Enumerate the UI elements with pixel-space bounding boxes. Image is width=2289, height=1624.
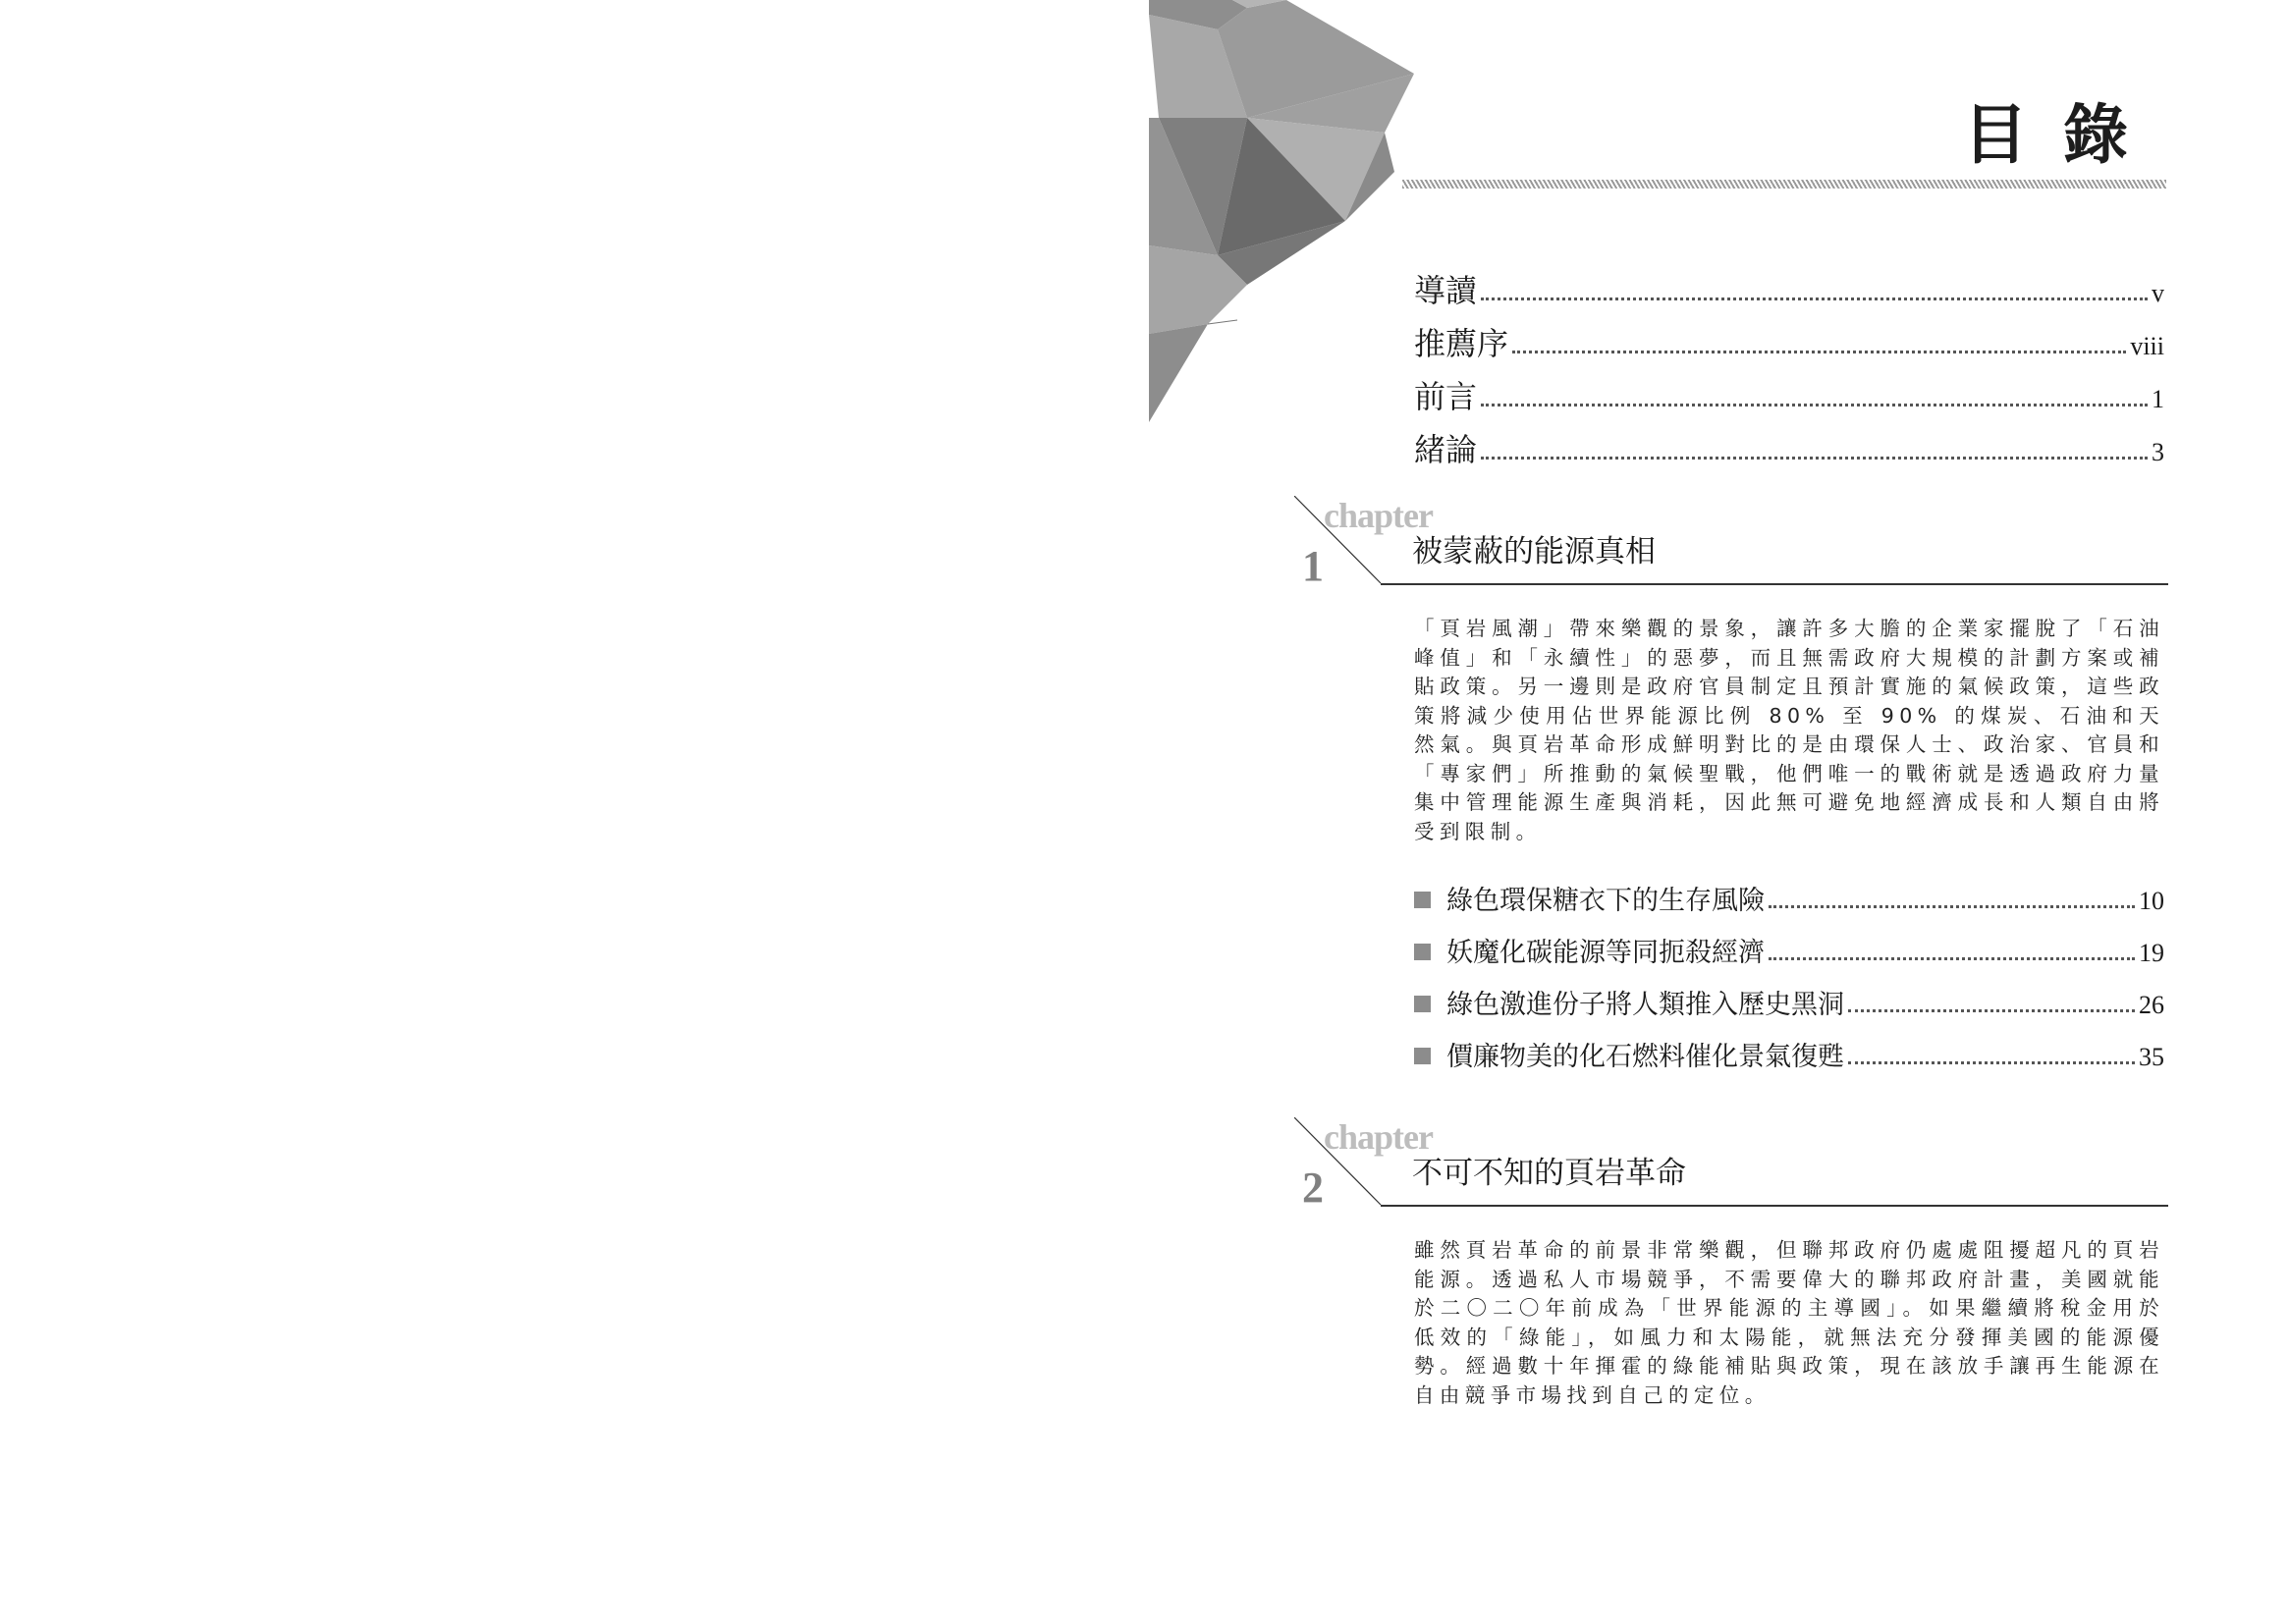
section-page: 26 — [2139, 993, 2164, 1018]
toc-item-page: 1 — [2152, 387, 2164, 412]
dot-leader — [1769, 957, 2135, 960]
polygon-art-decoration — [1149, 0, 1444, 422]
section-label: 綠色激進份子將人類推入歷史黑洞 — [1446, 992, 1844, 1018]
dot-leader — [1512, 351, 2126, 353]
chapter-title: 被蒙蔽的能源真相 — [1412, 537, 1656, 568]
chapter-word: chapter — [1324, 1119, 1433, 1155]
toc-section-item[interactable]: 妖魔化碳能源等同扼殺經濟 19 — [1414, 914, 2164, 966]
toc-section-item[interactable]: 價廉物美的化石燃料催化景氣復甦 35 — [1414, 1018, 2164, 1070]
chapter-1-block: chapter 1 被蒙蔽的能源真相 「頁岩風潮」帶來樂觀的景象，讓許多大膽的企… — [1294, 496, 2168, 1070]
toc-item-page: 3 — [2152, 440, 2164, 465]
chapter-heading[interactable]: chapter 1 被蒙蔽的能源真相 — [1294, 496, 2168, 599]
section-page: 35 — [2139, 1045, 2164, 1070]
toc-item-label: 前言 — [1414, 381, 1477, 412]
toc-item-preface[interactable]: 前言 1 — [1414, 359, 2164, 412]
toc-item-label: 推薦序 — [1414, 328, 1508, 359]
toc-item-page: v — [2152, 281, 2164, 306]
square-bullet-icon — [1414, 892, 1431, 908]
title-hatch-divider — [1402, 180, 2166, 189]
chapter-number: 2 — [1302, 1166, 1324, 1210]
section-page: 10 — [2139, 889, 2164, 914]
dot-leader — [1769, 905, 2135, 908]
toc-section-item[interactable]: 綠色環保糖衣下的生存風險 10 — [1414, 862, 2164, 914]
dot-leader — [1481, 457, 2148, 460]
chapter-word: chapter — [1324, 498, 1433, 533]
dot-leader — [1481, 298, 2148, 300]
chapter-2-block: chapter 2 不可不知的頁岩革命 雖然頁岩革命的前景非常樂觀，但聯邦政府仍… — [1294, 1117, 2168, 1410]
dot-leader — [1481, 404, 2148, 406]
toc-item-page: viii — [2130, 334, 2164, 359]
toc-item-recommendation[interactable]: 推薦序 viii — [1414, 306, 2164, 359]
chapter-rule — [1381, 583, 2168, 585]
front-matter-list: 導讀 v 推薦序 viii 前言 1 緒論 3 — [1414, 253, 2164, 465]
toc-item-label: 導讀 — [1414, 275, 1477, 306]
chapter-title: 不可不知的頁岩革命 — [1412, 1159, 1686, 1189]
book-spread: 目錄 導讀 v 推薦序 viii 前言 1 緒論 3 — [0, 0, 2289, 1624]
square-bullet-icon — [1414, 996, 1431, 1012]
square-bullet-icon — [1414, 944, 1431, 960]
toc-item-intro-reading[interactable]: 導讀 v — [1414, 253, 2164, 306]
toc-title: 目錄 — [1963, 102, 2163, 167]
chapter-number: 1 — [1302, 545, 1324, 588]
chapter-section-list: 綠色環保糖衣下的生存風險 10 妖魔化碳能源等同扼殺經濟 19 綠色激進份子將人… — [1414, 862, 2164, 1070]
toc-item-introduction[interactable]: 緒論 3 — [1414, 412, 2164, 465]
section-page: 19 — [2139, 941, 2164, 966]
section-label: 妖魔化碳能源等同扼殺經濟 — [1446, 940, 1765, 966]
chapter-heading[interactable]: chapter 2 不可不知的頁岩革命 — [1294, 1117, 2168, 1220]
square-bullet-icon — [1414, 1048, 1431, 1064]
dot-leader — [1848, 1061, 2135, 1064]
toc-page: 目錄 導讀 v 推薦序 viii 前言 1 緒論 3 — [1149, 0, 2289, 1624]
left-page-blank — [0, 0, 1149, 1624]
section-label: 綠色環保糖衣下的生存風險 — [1446, 888, 1765, 914]
chapter-summary: 雖然頁岩革命的前景非常樂觀，但聯邦政府仍處處阻擾超凡的頁岩能源。透過私人市場競爭… — [1414, 1236, 2164, 1410]
toc-section-item[interactable]: 綠色激進份子將人類推入歷史黑洞 26 — [1414, 966, 2164, 1018]
dot-leader — [1848, 1009, 2135, 1012]
section-label: 價廉物美的化石燃料催化景氣復甦 — [1446, 1044, 1844, 1070]
toc-item-label: 緒論 — [1414, 434, 1477, 465]
chapter-rule — [1381, 1205, 2168, 1207]
chapter-summary: 「頁岩風潮」帶來樂觀的景象，讓許多大膽的企業家擺脫了「石油峰值」和「永續性」的惡… — [1414, 615, 2164, 846]
